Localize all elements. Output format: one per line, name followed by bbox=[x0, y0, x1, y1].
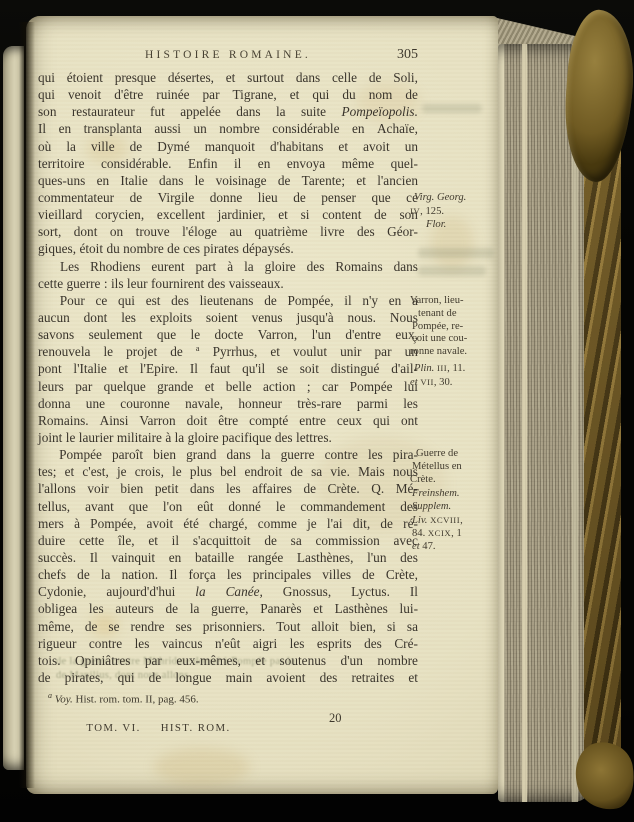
margin-note: Varron, lieu-tenant dePompée, re-çoit un… bbox=[410, 295, 498, 359]
margin-note-line: Crète. bbox=[410, 474, 498, 487]
margin-note-line: 84. XCIX, 1 bbox=[410, 527, 498, 541]
text-line: jointlelauriermilitaireàlagloirepacifiqu… bbox=[38, 429, 418, 446]
scanner-background: { "scan": { "header": { "title": "HISTOI… bbox=[0, 0, 634, 822]
margin-note-line: Varron, lieu- bbox=[410, 295, 498, 308]
text-line: PourcequiestdeslieutenansdePompée,iln'ye… bbox=[38, 292, 418, 309]
fore-edge-highlight-band bbox=[522, 44, 527, 802]
margin-note-line: et 47. bbox=[410, 541, 498, 554]
text-line: tellus,avantquel'oneûtdonnélecommandemen… bbox=[38, 498, 418, 515]
margin-note-line: Métellus en bbox=[410, 461, 498, 474]
running-head: HISTOIRE ROMAINE. 305 bbox=[38, 49, 418, 67]
text-line: quiétoientpresquedésertes,etsurtoutdansc… bbox=[38, 69, 418, 86]
text-line: renouvelaleprojetdeaPyrrhus,etvoulutunir… bbox=[38, 343, 418, 360]
signature-mark: 20 bbox=[329, 711, 342, 726]
volume-footer: TOM. VI.HIST. ROM. bbox=[62, 710, 231, 746]
book-page: HISTOIRE ROMAINE. 305 de la guerre contr… bbox=[26, 16, 498, 794]
text-line: Cydonie,aujourd'd'huilaCanée,Gnossus,Lyc… bbox=[38, 583, 418, 600]
work-label: HIST. ROM. bbox=[161, 722, 231, 734]
text-line: quivenoitd'êtreruinéeparTigrane,etquidun… bbox=[38, 86, 418, 103]
margin-note-line: Flor. bbox=[410, 219, 498, 232]
book-scan-photo: HISTOIRE ROMAINE. 305 de la guerre contr… bbox=[0, 0, 634, 822]
margin-note-line: Pompée, re- bbox=[410, 321, 498, 334]
footnote: a Voy. Hist. rom. tom. II, pag. 456. bbox=[48, 691, 199, 706]
margin-note-line: Liv. XCVIII, bbox=[410, 514, 498, 528]
text-line: même,deserendresesprisonniers.Toutalloit… bbox=[38, 618, 418, 635]
text-line: duirecetteîle,etils'acquittoitdesacommis… bbox=[38, 532, 418, 549]
text-line: cetteguerre:ilsleurfournirentdesvaisseau… bbox=[38, 275, 418, 292]
text-line: depirates,quidelonguemainavoientdesretra… bbox=[38, 669, 418, 686]
margin-note: Plin. III, 11.et VII, 30. bbox=[410, 362, 498, 390]
ink-bleedthrough-smudge bbox=[422, 104, 482, 113]
text-line: commentateurdeVirgiledonnelieudepenserqu… bbox=[38, 189, 418, 206]
text-line: giques,étoitdunombredecespiratesdépaysés… bbox=[38, 240, 418, 257]
text-line: ques-unsenItaliedanslevoisinagedeTarente… bbox=[38, 172, 418, 189]
margin-note-line: Supplem. bbox=[410, 501, 498, 514]
text-line: Romains.AinsiVarrondoitêtrecomptéentrece… bbox=[38, 412, 418, 429]
margin-note: Guerre deMétellus enCrète. bbox=[410, 448, 498, 486]
foxing-stain bbox=[154, 748, 250, 786]
gutter-shadow bbox=[19, 22, 35, 788]
page-title: HISTOIRE ROMAINE. bbox=[38, 49, 418, 61]
text-line: territoireconsidérable.Enfinilenenvoyamê… bbox=[38, 155, 418, 172]
text-line: sonrestaurateurfutappeléedanslasuitePomp… bbox=[38, 103, 418, 120]
text-line: savonsseulementqueledocteVarron,l'und'en… bbox=[38, 326, 418, 343]
margin-note-line: tenant de bbox=[410, 308, 498, 321]
text-line: l'allonsvoirbienpetitdanslesaffairesdeCr… bbox=[38, 480, 418, 497]
page-number: 305 bbox=[397, 47, 418, 63]
text-line: sort,dontontrouvel'élogeauquatrièmelivre… bbox=[38, 223, 418, 240]
margin-note-line: et VII, 30. bbox=[410, 376, 498, 390]
margin-note-line: Freinshem. bbox=[410, 488, 498, 501]
margin-note: Virg. Georg.IV, 125.Flor. bbox=[410, 192, 498, 231]
margin-note-line: Guerre de bbox=[410, 448, 498, 461]
text-line: tois.Opiniâtrespareux-mêmes,etsoutenusd'… bbox=[38, 652, 418, 669]
ink-bleedthrough-smudge bbox=[418, 266, 486, 276]
text-line: pontl'Italieetl'Epire.Ilfautqu'ilsesoitd… bbox=[38, 360, 418, 377]
text-line: obligealesauteursdelaguerre,PanarèsetLas… bbox=[38, 600, 418, 617]
text-line: oùlavilledeDymémanquoitd'habitansetavoit… bbox=[38, 138, 418, 155]
text-line: chefsdelanation.Ilforçalesprincipalesvil… bbox=[38, 566, 418, 583]
text-line: tes;etc'est,jecrois,leplusbelendroitdesa… bbox=[38, 463, 418, 480]
margin-note-line: IV, 125. bbox=[410, 205, 498, 219]
text-line: LesRhodienseurentpartàlagloiredesRomains… bbox=[38, 258, 418, 275]
text-line: vieillardcorycien,excellentjardinier,ets… bbox=[38, 206, 418, 223]
text-line: leursparquelquegrandeetbelleaction;carPo… bbox=[38, 378, 418, 395]
text-line: Ilentransplantaaussiunnombreconsidérable… bbox=[38, 120, 418, 137]
margin-note-line: Plin. III, 11. bbox=[410, 362, 498, 376]
text-line: donnaunecouronnenavale,honneurtrès-rarep… bbox=[38, 395, 418, 412]
text-line: Pompéeparoîtbiengranddanslaguerrecontrel… bbox=[38, 446, 418, 463]
margin-note-line: Virg. Georg. bbox=[410, 192, 498, 205]
margin-note-line: çoit une cou- bbox=[410, 333, 498, 346]
volume-label: TOM. VI. bbox=[86, 722, 140, 734]
text-line: aucundontlesexploitssoientvenusjusqu'àno… bbox=[38, 309, 418, 326]
text-line: succès.IlvainquitenbataillerangéeLasthèn… bbox=[38, 549, 418, 566]
body-text-column: quiétoientpresquedésertes,etsurtoutdansc… bbox=[38, 69, 418, 686]
text-line: rigueurcontrelesvaincusn'eûtaigrilesespr… bbox=[38, 635, 418, 652]
ink-bleedthrough-smudge bbox=[418, 248, 494, 258]
margin-note-line: ronne navale. bbox=[410, 346, 498, 359]
margin-note: Freinshem.Supplem.Liv. XCVIII,84. XCIX, … bbox=[410, 488, 498, 554]
text-line: mersàPompée,avoitétéchargé,commejel'aidi… bbox=[38, 515, 418, 532]
